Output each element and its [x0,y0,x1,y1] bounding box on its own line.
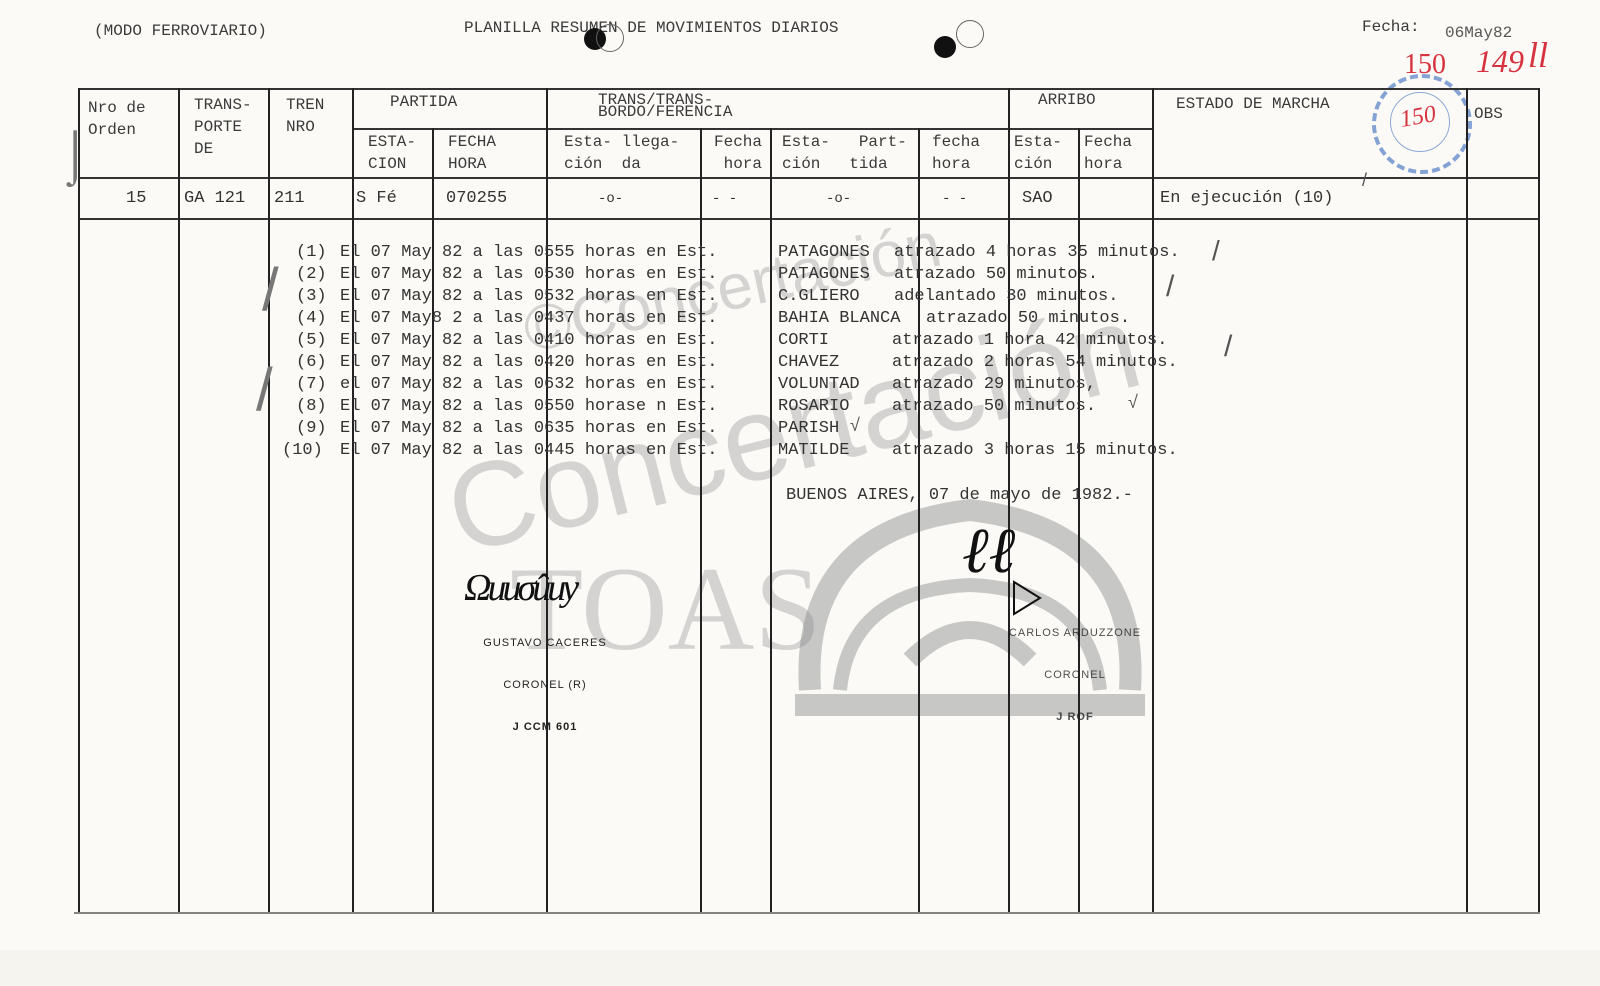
cell-tb-partida: -o- [826,190,851,208]
note-station: PATAGONES [778,266,870,284]
note-text: El 07 May8 2 a las 0437 horas en Est. [340,310,717,328]
note-text: El 07 May 82 a las 0635 horas en Est. [340,420,717,438]
col-line [78,88,80,912]
col-header-tren: TREN NRO [286,94,324,138]
note-number: (1) [296,244,327,262]
punch-hole-ring [596,24,624,52]
page-number-handwritten: 149 [1476,44,1524,78]
mode-label: (MODO FERROVIARIO) [94,22,267,40]
subheader-line [352,128,1152,130]
col-header-arribo: ARRIBO [1038,91,1096,109]
cell-nro-orden: 15 [126,190,146,208]
note-status: atrazado 3 horas 15 minutos. [892,442,1178,460]
cell-partida-estacion: S Fé [356,190,397,208]
cell-tb-fecha-hora-1: - - [712,190,737,208]
note-text: El 07 May 82 a las 0555 horas en Est. [340,244,717,262]
note-status: atrazado 4 horas 35 minutos. [894,244,1180,262]
signer-unit: J ROF [1000,710,1150,724]
header-bottom-border [78,177,1540,179]
note-number: (5) [296,332,327,350]
note-status: atrazado 50 minutos. [894,266,1098,284]
note-text: El 07 May 82 a las 0420 horas en Est. [340,354,717,372]
note-number: (3) [296,288,327,306]
col-header-partida-fecha: FECHA HORA [448,131,496,175]
note-station: MATILDE [778,442,849,460]
cell-tb-llegada: -o- [598,190,623,208]
checkmark-icon: / [1212,235,1220,267]
note-number: (2) [296,266,327,284]
note-status: adelantado 30 minutos. [894,288,1118,306]
col-header-partida: PARTIDA [390,93,457,111]
note-station: PATAGONES [778,244,870,262]
note-station: C.GLIERO [778,288,860,306]
note-number: (4) [296,310,327,328]
cell-arribo-estacion: SAO [1022,190,1053,208]
note-number: (8) [296,398,327,416]
signature-block-left: GUSTAVO CACERES CORONEL (R) J CCM 601 [470,608,620,748]
signer-rank: CORONEL [1000,668,1150,682]
col-line [178,88,180,912]
cell-tren: 211 [274,190,305,208]
checkmark-icon: √ [1128,392,1138,413]
note-text: El 07 May 82 a las 0530 horas en Est. [340,266,717,284]
signer-unit: J CCM 601 [470,720,620,734]
page-title: PLANILLA RESUMEN DE MOVIMIENTOS DIARIOS [464,19,838,37]
note-station: PARISH [778,420,839,438]
note-station: BAHIA BLANCA [778,310,900,328]
punch-hole-ring [956,20,984,48]
signer-name: CARLOS ARDUZZONE [1000,626,1150,640]
note-number: (9) [296,420,327,438]
cell-estado: En ejecución (10) [1160,190,1333,208]
handwritten-initial: ll [1528,36,1548,74]
date-label: Fecha: [1362,18,1420,36]
col-header-transbordo: TRANS/TRANS- BORDO/FERENCIA [598,94,732,118]
col-line [352,88,354,912]
col-header-partida-estacion: ESTA- CION [368,131,416,175]
note-text: El 07 May 82 a las 0550 horase n Est. [340,398,717,416]
table-bottom-border [74,912,1540,914]
cell-tb-fecha-hora-2: - - [942,190,967,208]
note-status: atrazado 50 minutos. [892,398,1096,416]
note-number: (10) [282,442,323,460]
col-header-nro-orden: Nro de Orden [88,97,146,141]
col-line [546,88,548,912]
signer-rank: CORONEL (R) [470,678,620,692]
col-header-arribo-fecha: Fecha hora [1084,131,1132,175]
col-line [770,128,772,912]
col-line [268,88,270,912]
col-line [1152,88,1154,912]
col-header-tb-estacion-llegada: Esta- llega- ción da [564,131,679,175]
checkmark-icon: / [1362,170,1367,191]
note-number: (7) [296,376,327,394]
punch-hole [934,36,956,58]
col-header-estado: ESTADO DE MARCHA [1176,95,1330,113]
note-text: El 07 May 82 a las 0532 horas en Est. [340,288,717,306]
checkmark-icon: √ [850,415,860,436]
table-top-border [78,88,1540,90]
checkmark-icon: / [1224,330,1232,364]
checkmark-icon: / [256,360,273,420]
col-header-transporte: TRANS- PORTE DE [194,94,252,160]
date-value: 06May82 [1445,24,1512,42]
col-header-tb-fecha-hora-1: Fecha hora [714,131,762,175]
row-bottom-border [78,218,1540,220]
note-station: VOLUNTAD [778,376,860,394]
note-status: atrazado 50 minutos. [926,310,1130,328]
note-status: atrazado 29 minutos, [892,376,1096,394]
paper-edge [0,950,1600,986]
col-header-tb-estacion-partida: Esta- Part- ción tida [782,131,907,175]
note-status: atrazado 1 hora 42 minutos. [892,332,1167,350]
note-station: CORTI [778,332,829,350]
note-number: (6) [296,354,327,372]
col-header-obs: OBS [1474,105,1503,123]
cell-transporte: GA 121 [184,190,245,208]
col-header-arribo-estacion: Esta- ción [1014,131,1062,175]
note-station: CHAVEZ [778,354,839,372]
col-line [1538,88,1540,912]
note-text: El 07 May 82 a las 0445 horas en Est. [340,442,717,460]
col-header-tb-fecha-hora-2: fecha hora [932,131,980,175]
note-status: atrazado 2 horas 54 minutos. [892,354,1178,372]
note-station: ROSARIO [778,398,849,416]
signature-block-right: CARLOS ARDUZZONE CORONEL J ROF [1000,598,1150,738]
col-line [1466,88,1468,912]
margin-bracket-icon: ⌡ [60,130,90,180]
note-text: El 07 May 82 a las 0410 horas en Est. [340,332,717,350]
checkmark-icon: / [262,260,279,320]
signature-left: Ωuuσûuy [464,566,575,610]
note-text: el 07 May 82 a las 0632 horas en Est. [340,376,717,394]
cell-partida-fecha: 070255 [446,190,507,208]
checkmark-icon: / [1166,270,1174,304]
place-date: BUENOS AIRES, 07 de mayo de 1982.- [786,487,1133,505]
signature-right: ℓℓ [962,516,1015,586]
signer-name: GUSTAVO CACERES [470,636,620,650]
